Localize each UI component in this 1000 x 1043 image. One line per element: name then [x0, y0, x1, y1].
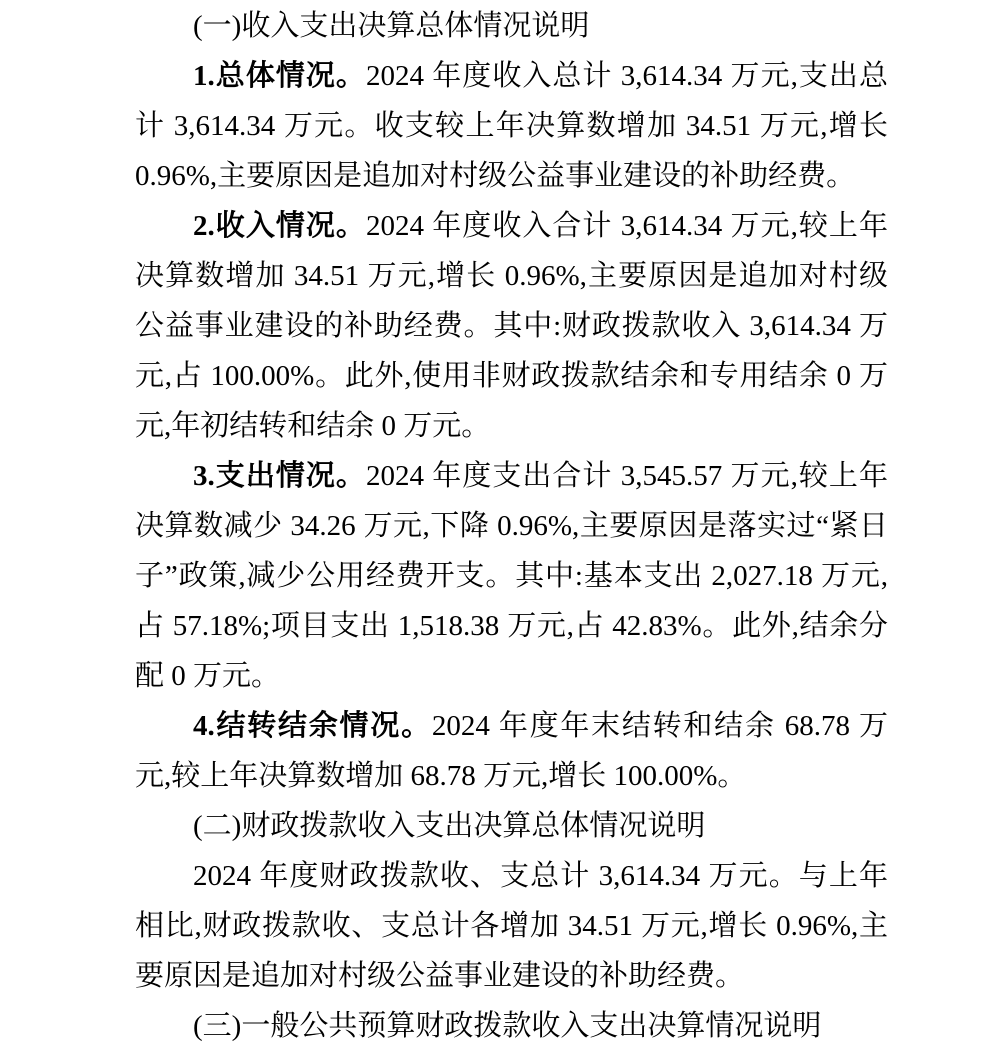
paragraph-income-situation: 2.收入情况。2024 年度收入合计 3,614.34 万元,较上年决算数增加 … [135, 201, 888, 451]
paragraph-income-text: 2024 年度收入合计 3,614.34 万元,较上年决算数增加 34.51 万… [135, 210, 888, 442]
paragraph-expenditure-situation: 3.支出情况。2024 年度支出合计 3,545.57 万元,较上年决算数减少 … [135, 451, 888, 701]
section-heading-fiscal-appropriation-overview: (二)财政拨款收入支出决算总体情况说明 [135, 801, 888, 851]
paragraph-fiscal-text: 2024 年度财政拨款收、支总计 3,614.34 万元。与上年相比,财政拨款收… [135, 860, 888, 992]
section-heading-general-public-budget: (三)一般公共预算财政拨款收入支出决算情况说明 [135, 1001, 888, 1043]
paragraph-carryover-situation: 4.结转结余情况。2024 年度年末结转和结余 68.78 万元,较上年决算数增… [135, 701, 888, 801]
paragraph-carryover-lead: 4.结转结余情况。 [193, 710, 432, 742]
section-heading-income-expenditure-overview: (一)收入支出决算总体情况说明 [135, 1, 888, 51]
paragraph-overall-lead: 1.总体情况。 [193, 60, 366, 92]
paragraph-expenditure-text: 2024 年度支出合计 3,545.57 万元,较上年决算数减少 34.26 万… [135, 460, 888, 692]
paragraph-fiscal-appropriation: 2024 年度财政拨款收、支总计 3,614.34 万元。与上年相比,财政拨款收… [135, 851, 888, 1001]
paragraph-expenditure-lead: 3.支出情况。 [193, 460, 366, 492]
document-page: (一)收入支出决算总体情况说明 1.总体情况。2024 年度收入总计 3,614… [0, 0, 1000, 1043]
paragraph-income-lead: 2.收入情况。 [193, 210, 366, 242]
paragraph-overall-situation: 1.总体情况。2024 年度收入总计 3,614.34 万元,支出总计 3,61… [135, 51, 888, 201]
